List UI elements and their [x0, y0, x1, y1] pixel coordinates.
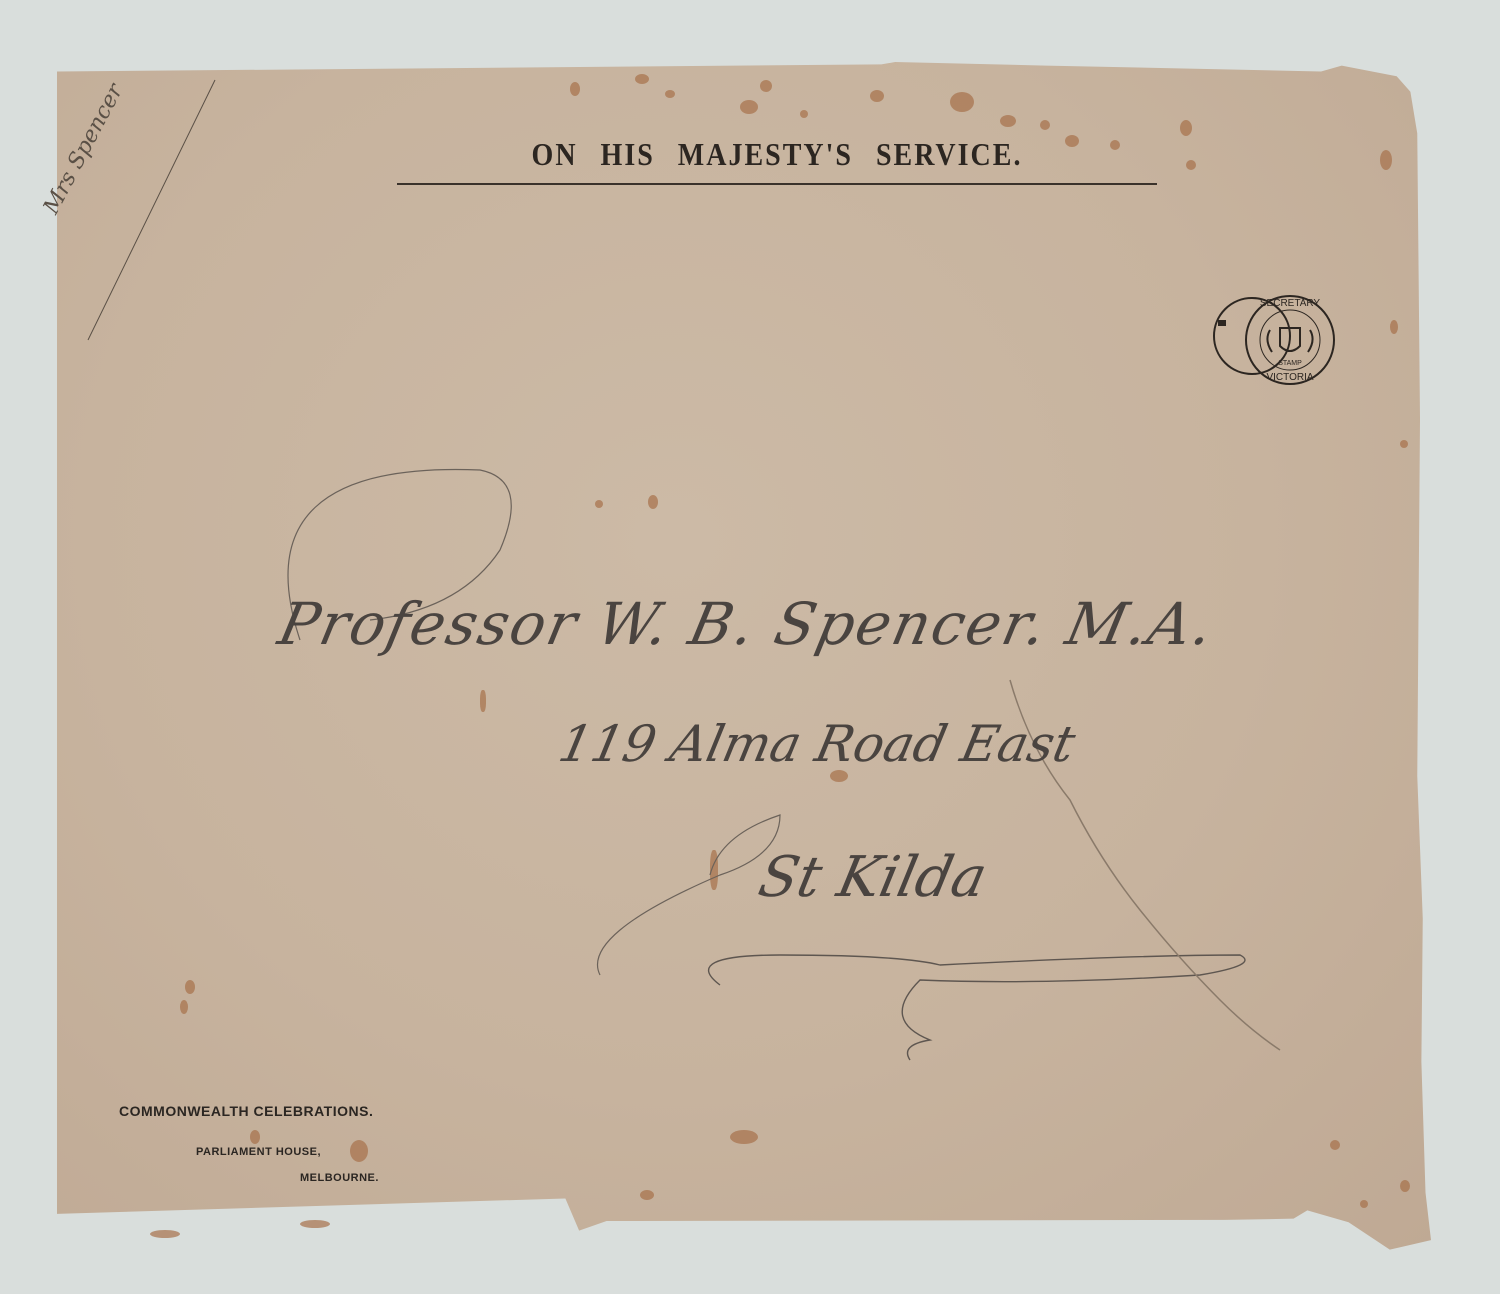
return-address-line1: COMMONWEALTH CELEBRATIONS.: [119, 1103, 373, 1119]
addressee-suburb: St Kilda: [753, 845, 992, 910]
addressee-street: 119 Alma Road East: [554, 715, 1080, 773]
return-address-line3: MELBOURNE.: [300, 1172, 379, 1184]
header-rule: [397, 183, 1157, 185]
ohms-header: ON HIS MAJESTY'S SERVICE.: [397, 138, 1157, 174]
svg-text:STAMP: STAMP: [1278, 360, 1302, 367]
frank-stamp-icon: SECRETARY STAMP VICTORIA: [1210, 290, 1350, 390]
svg-text:SECRETARY: SECRETARY: [1260, 298, 1321, 309]
return-address-line2: PARLIAMENT HOUSE,: [196, 1146, 321, 1158]
svg-text:VICTORIA: VICTORIA: [1266, 372, 1313, 383]
addressee-name: Professor W. B. Spencer. M.A.: [273, 590, 1221, 658]
postmark-stamp: SECRETARY STAMP VICTORIA: [1210, 290, 1350, 390]
